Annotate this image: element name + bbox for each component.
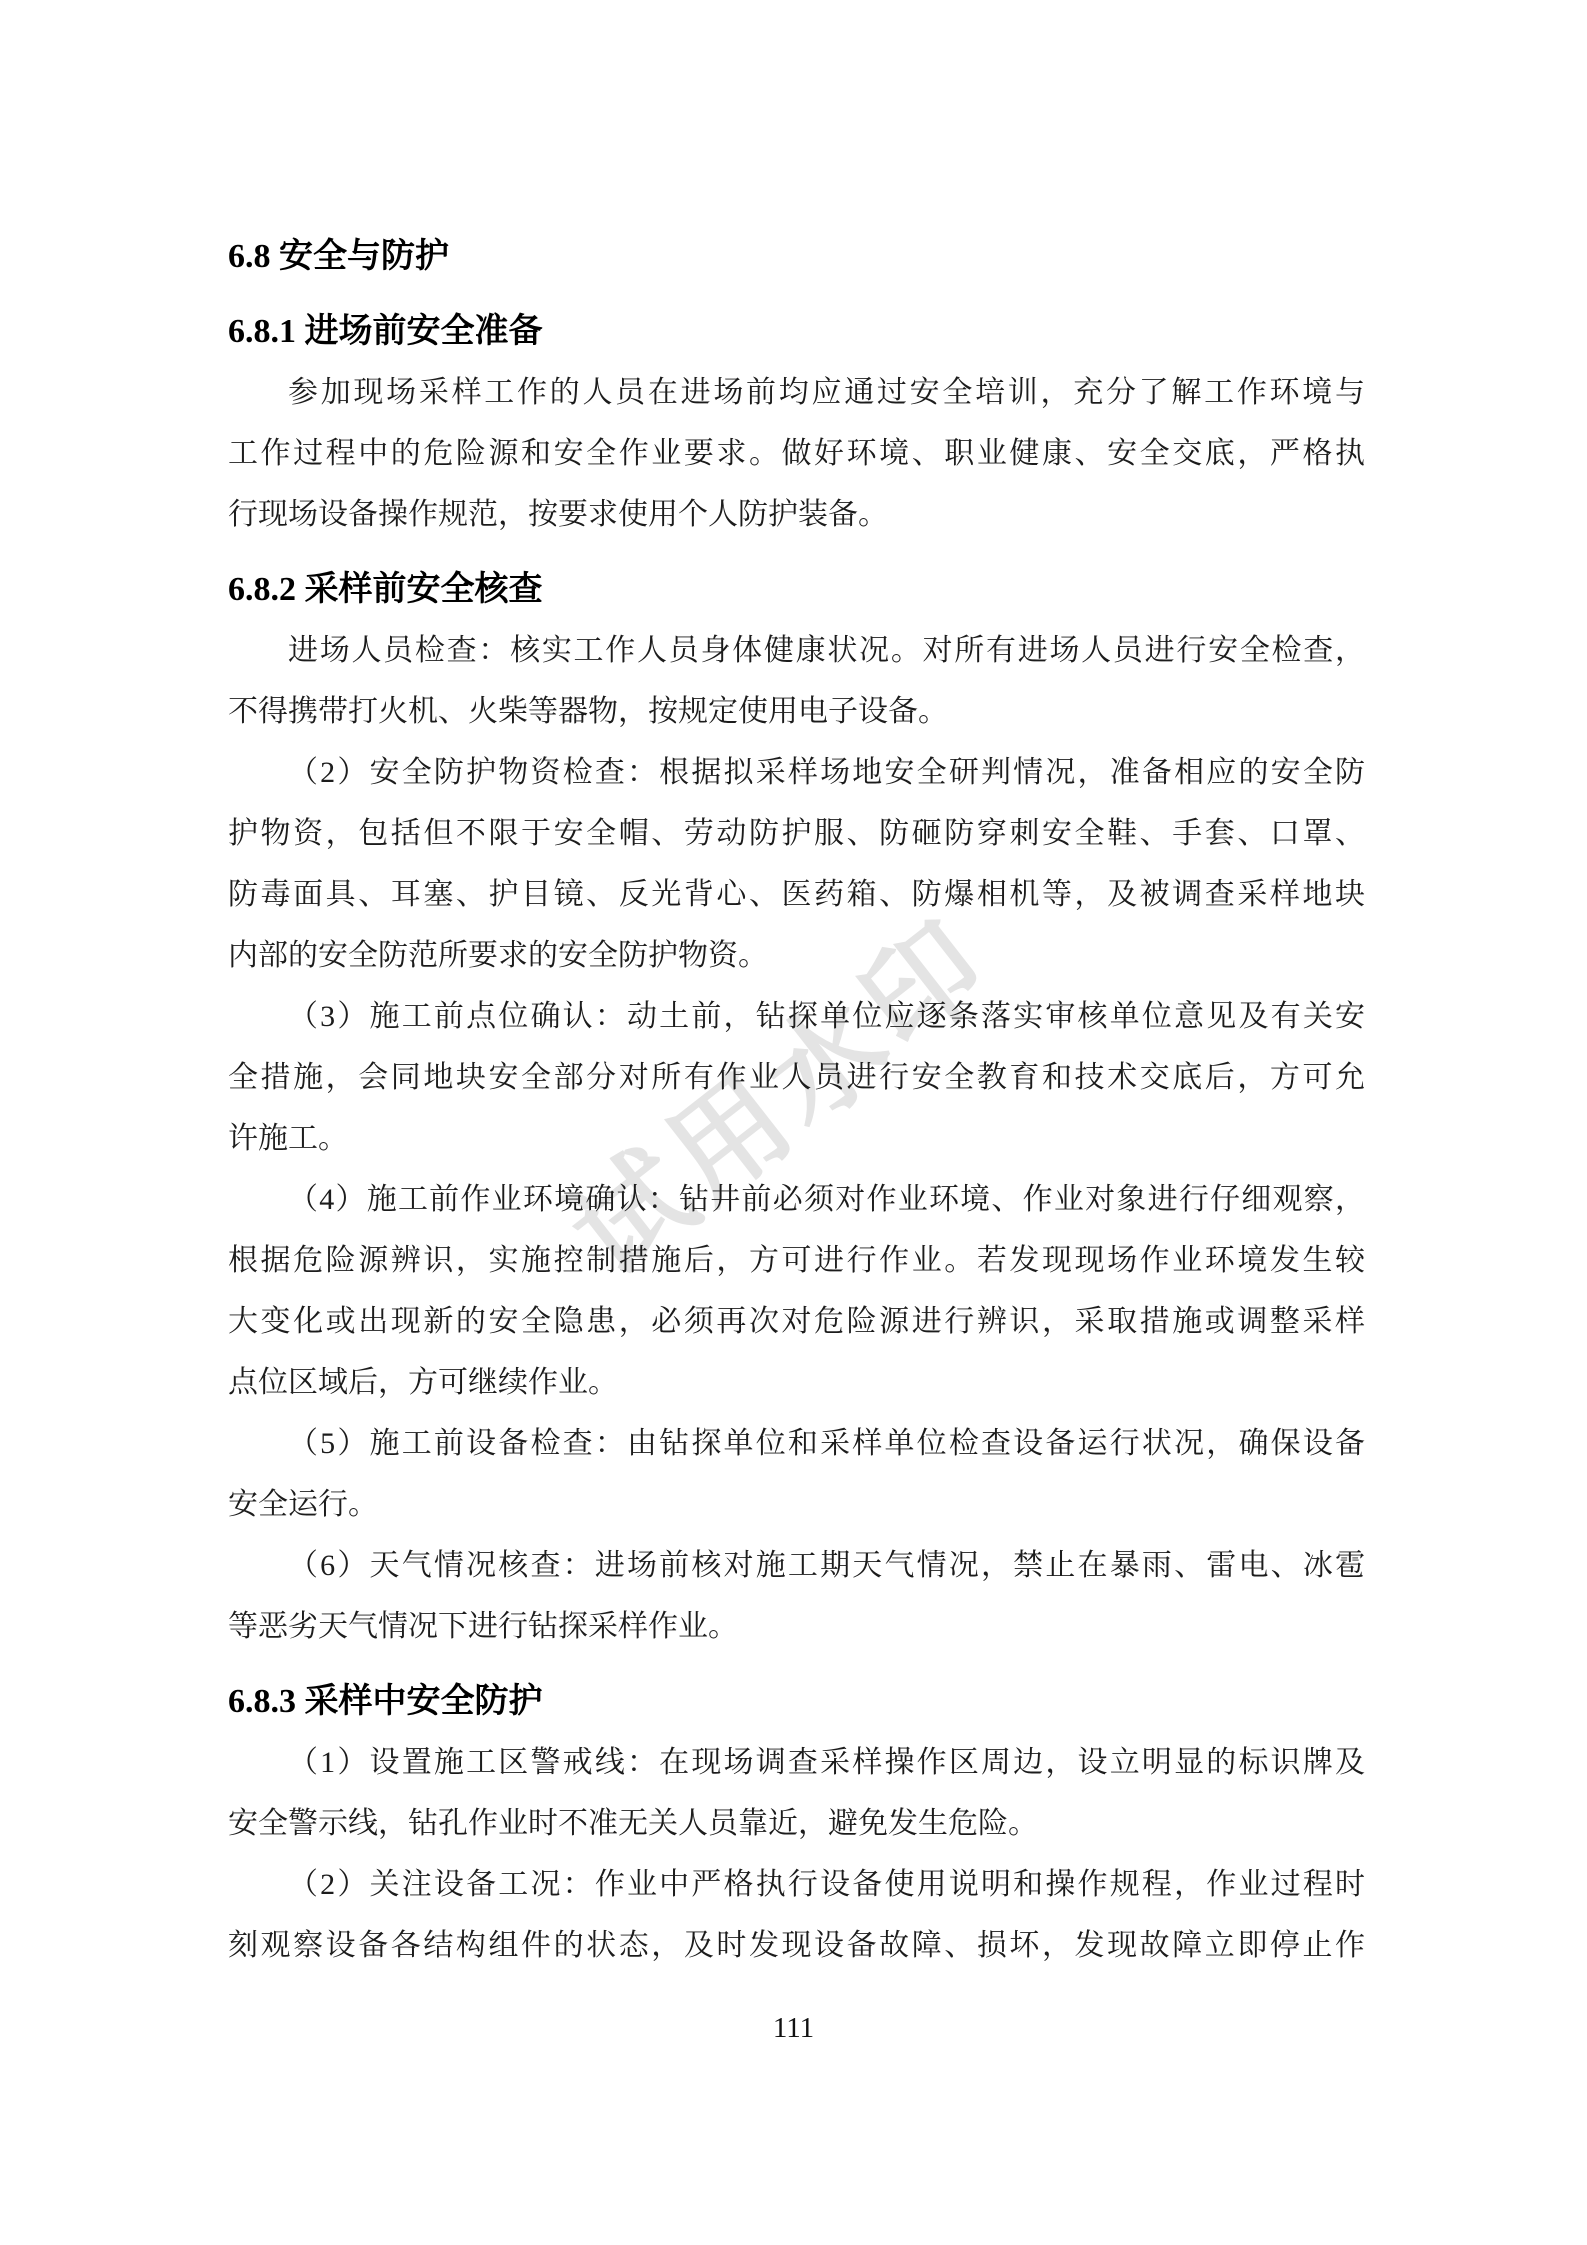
page-number: 111	[0, 2008, 1587, 2048]
text-line: （5）施工前设备检查：由钻探单位和采样单位检查设备运行状况，确保设备	[228, 1413, 1365, 1474]
text-line: 大变化或出现新的安全隐患，必须再次对危险源进行辨识，采取措施或调整采样	[228, 1291, 1365, 1352]
text-line: （2）安全防护物资检查：根据拟采样场地安全研判情况，准备相应的安全防	[228, 742, 1365, 803]
text-line: （3）施工前点位确认：动土前，钻探单位应逐条落实审核单位意见及有关安	[228, 986, 1365, 1047]
text-line: 安全运行。	[228, 1474, 1365, 1535]
text-line: （4）施工前作业环境确认：钻井前必须对作业环境、作业对象进行仔细观察，	[228, 1169, 1365, 1230]
text-line: 工作过程中的危险源和安全作业要求。做好环境、职业健康、安全交底，严格执	[228, 423, 1365, 484]
paragraph: （2）关注设备工况：作业中严格执行设备使用说明和操作规程，作业过程时刻观察设备各…	[228, 1854, 1365, 1976]
text-line: （2）关注设备工况：作业中严格执行设备使用说明和操作规程，作业过程时	[228, 1854, 1365, 1915]
text-line: 行现场设备操作规范，按要求使用个人防护装备。	[228, 484, 1365, 545]
text-line: 点位区域后，方可继续作业。	[228, 1352, 1365, 1413]
text-line: （6）天气情况核查：进场前核对施工期天气情况，禁止在暴雨、雷电、冰雹	[228, 1535, 1365, 1596]
text-line: 全措施，会同地块安全部分对所有作业人员进行安全教育和技术交底后，方可允	[228, 1047, 1365, 1108]
text-line: 内部的安全防范所要求的安全防护物资。	[228, 925, 1365, 986]
paragraph: （2）安全防护物资检查：根据拟采样场地安全研判情况，准备相应的安全防护物资，包括…	[228, 742, 1365, 986]
paragraph: （4）施工前作业环境确认：钻井前必须对作业环境、作业对象进行仔细观察，根据危险源…	[228, 1169, 1365, 1413]
text-line: 参加现场采样工作的人员在进场前均应通过安全培训，充分了解工作环境与	[228, 362, 1365, 423]
document-page: 试用水印 6.8 安全与防护6.8.1 进场前安全准备参加现场采样工作的人员在进…	[0, 0, 1587, 2245]
paragraph: （1）设置施工区警戒线：在现场调查采样操作区周边，设立明显的标识牌及安全警示线，…	[228, 1732, 1365, 1854]
text-line: 不得携带打火机、火柴等器物，按规定使用电子设备。	[228, 681, 1365, 742]
document-content: 6.8 安全与防护6.8.1 进场前安全准备参加现场采样工作的人员在进场前均应通…	[228, 226, 1365, 1976]
text-line: 刻观察设备各结构组件的状态，及时发现设备故障、损坏，发现故障立即停止作	[228, 1915, 1365, 1976]
section-heading: 6.8.2 采样前安全核查	[228, 559, 1365, 620]
paragraph: 参加现场采样工作的人员在进场前均应通过安全培训，充分了解工作环境与工作过程中的危…	[228, 362, 1365, 545]
text-line: 等恶劣天气情况下进行钻探采样作业。	[228, 1596, 1365, 1657]
section-heading: 6.8.1 进场前安全准备	[228, 301, 1365, 362]
text-line: （1）设置施工区警戒线：在现场调查采样操作区周边，设立明显的标识牌及	[228, 1732, 1365, 1793]
text-line: 进场人员检查：核实工作人员身体健康状况。对所有进场人员进行安全检查，	[228, 620, 1365, 681]
paragraph: 进场人员检查：核实工作人员身体健康状况。对所有进场人员进行安全检查，不得携带打火…	[228, 620, 1365, 742]
text-line: 安全警示线，钻孔作业时不准无关人员靠近，避免发生危险。	[228, 1793, 1365, 1854]
text-line: 防毒面具、耳塞、护目镜、反光背心、医药箱、防爆相机等，及被调查采样地块	[228, 864, 1365, 925]
text-line: 护物资，包括但不限于安全帽、劳动防护服、防砸防穿刺安全鞋、手套、口罩、	[228, 803, 1365, 864]
section-heading: 6.8.3 采样中安全防护	[228, 1671, 1365, 1732]
text-line: 根据危险源辨识，实施控制措施后，方可进行作业。若发现现场作业环境发生较	[228, 1230, 1365, 1291]
paragraph: （5）施工前设备检查：由钻探单位和采样单位检查设备运行状况，确保设备安全运行。	[228, 1413, 1365, 1535]
paragraph: （3）施工前点位确认：动土前，钻探单位应逐条落实审核单位意见及有关安全措施，会同…	[228, 986, 1365, 1169]
section-heading: 6.8 安全与防护	[228, 226, 1365, 287]
paragraph: （6）天气情况核查：进场前核对施工期天气情况，禁止在暴雨、雷电、冰雹等恶劣天气情…	[228, 1535, 1365, 1657]
text-line: 许施工。	[228, 1108, 1365, 1169]
